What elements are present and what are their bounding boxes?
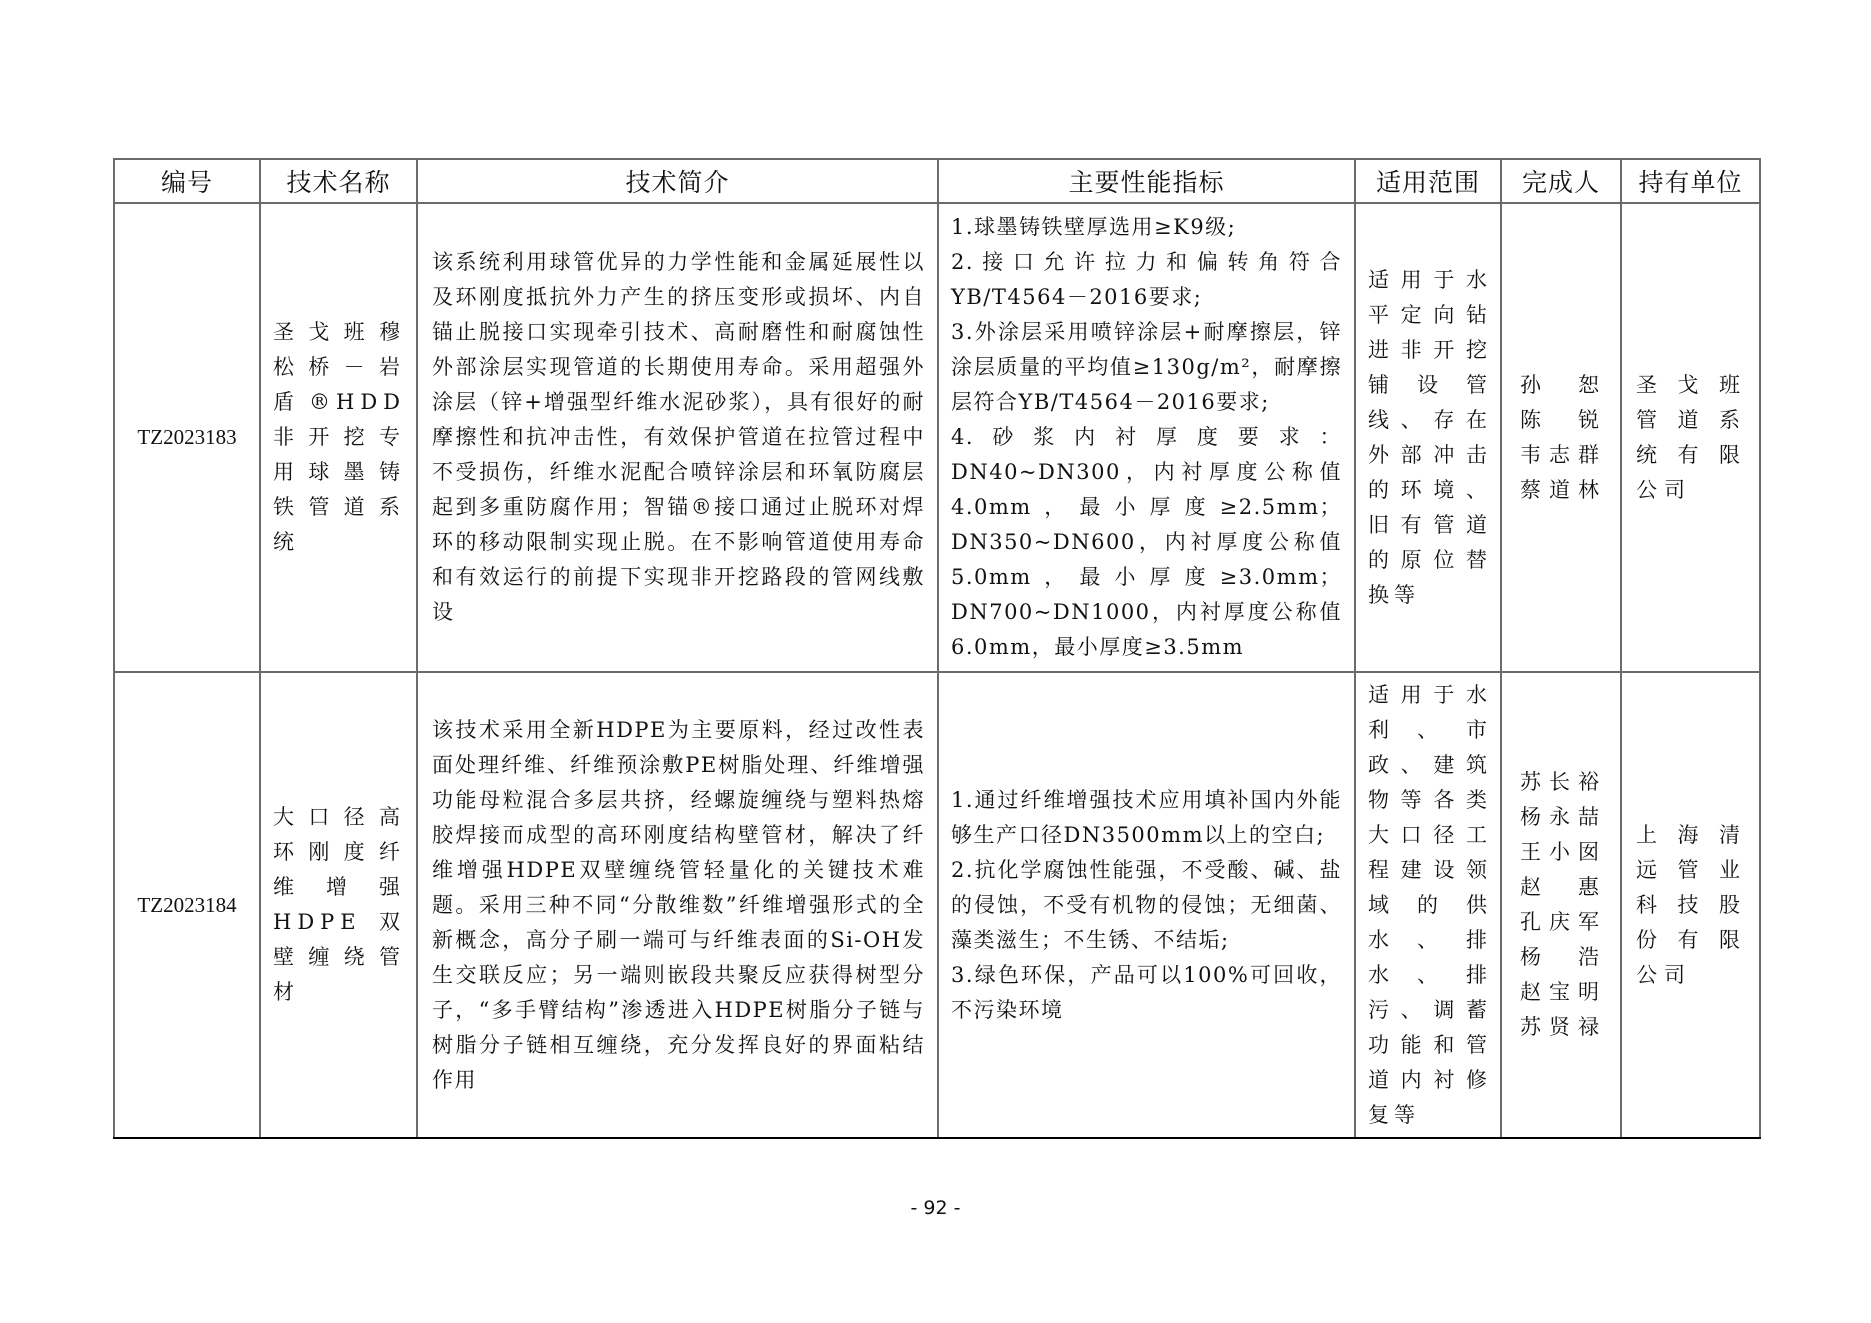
performance-list: 1.球墨铸铁壁厚选用≥K9级; 2.接口允许拉力和偏转角符合YB/T4564－2… bbox=[939, 210, 1354, 665]
header-organization: 持有单位 bbox=[1621, 159, 1760, 203]
cell-id: TZ2023183 bbox=[114, 203, 260, 672]
table-row: TZ2023183 圣戈班穆松桥－岩盾®HDD非开挖专用球墨铸铁管道系统 该系统… bbox=[114, 203, 1760, 672]
header-performance: 主要性能指标 bbox=[938, 159, 1355, 203]
cell-people: 苏长裕 杨永喆 王小囡 赵 惠 孔庆军 杨 浩 赵宝明 苏贤禄 bbox=[1501, 672, 1621, 1138]
description-text: 该系统利用球管优异的力学性能和金属延展性以及环刚度抵抗外力产生的挤压变形或损坏、… bbox=[418, 245, 937, 630]
person-name: 赵宝明 bbox=[1520, 975, 1602, 1010]
person-name: 陈 锐 bbox=[1520, 403, 1602, 438]
cell-organization: 上海清远管业科技股份有限公司 bbox=[1621, 672, 1760, 1138]
cell-people: 孙 恕 陈 锐 韦志群 蔡道林 bbox=[1501, 203, 1621, 672]
person-name: 韦志群 bbox=[1520, 438, 1602, 473]
description-text: 该技术采用全新HDPE为主要原料，经过改性表面处理纤维、纤维预涂敷PE树脂处理、… bbox=[418, 713, 937, 1098]
table-header-row: 编号 技术名称 技术简介 主要性能指标 适用范围 完成人 持有单位 bbox=[114, 159, 1760, 203]
performance-item: 2.抗化学腐蚀性能强，不受酸、碱、盐的侵蚀，不受有机物的侵蚀；无细菌、藻类滋生；… bbox=[951, 853, 1342, 958]
cell-organization: 圣戈班管道系统有限公司 bbox=[1621, 203, 1760, 672]
person-name: 孙 恕 bbox=[1520, 368, 1602, 403]
cell-tech-name: 大口径高环刚度纤维增强HDPE双壁缠绕管材 bbox=[260, 672, 417, 1138]
scope-text: 适用于水平定向钻进非开挖铺设管线、存在外部冲击的环境、旧有管道的原位替换等 bbox=[1356, 263, 1500, 613]
performance-item: 1.球墨铸铁壁厚选用≥K9级; bbox=[951, 210, 1342, 245]
organization-text: 上海清远管业科技股份有限公司 bbox=[1622, 818, 1759, 993]
performance-item: 4.砂浆内衬厚度要求：DN40~DN300，内衬厚度公称值4.0mm，最小厚度≥… bbox=[951, 420, 1342, 665]
performance-item: 3.外涂层采用喷锌涂层+耐摩擦层，锌涂层质量的平均值≥130g/m²，耐摩擦层符… bbox=[951, 315, 1342, 420]
table-row: TZ2023184 大口径高环刚度纤维增强HDPE双壁缠绕管材 该技术采用全新H… bbox=[114, 672, 1760, 1138]
tech-name-text: 大口径高环刚度纤维增强HDPE双壁缠绕管材 bbox=[261, 800, 416, 1010]
header-people: 完成人 bbox=[1501, 159, 1621, 203]
scope-text: 适用于水利、市政、建筑物等各类大口径工程建设领域的供水、排水、排污、调蓄功能和管… bbox=[1356, 678, 1500, 1133]
header-description: 技术简介 bbox=[417, 159, 938, 203]
person-name: 杨永喆 bbox=[1520, 800, 1602, 835]
cell-performance: 1.球墨铸铁壁厚选用≥K9级; 2.接口允许拉力和偏转角符合YB/T4564－2… bbox=[938, 203, 1355, 672]
tech-name-text: 圣戈班穆松桥－岩盾®HDD非开挖专用球墨铸铁管道系统 bbox=[261, 315, 416, 560]
performance-item: 1.通过纤维增强技术应用填补国内外能够生产口径DN3500mm以上的空白; bbox=[951, 783, 1342, 853]
technology-table: 编号 技术名称 技术简介 主要性能指标 适用范围 完成人 持有单位 TZ2023… bbox=[113, 158, 1761, 1139]
cell-id: TZ2023184 bbox=[114, 672, 260, 1138]
person-name: 孔庆军 bbox=[1520, 905, 1602, 940]
person-name: 蔡道林 bbox=[1520, 473, 1602, 508]
performance-item: 3.绿色环保，产品可以100%可回收，不污染环境 bbox=[951, 958, 1342, 1028]
cell-scope: 适用于水利、市政、建筑物等各类大口径工程建设领域的供水、排水、排污、调蓄功能和管… bbox=[1355, 672, 1501, 1138]
cell-description: 该技术采用全新HDPE为主要原料，经过改性表面处理纤维、纤维预涂敷PE树脂处理、… bbox=[417, 672, 938, 1138]
performance-item: 2.接口允许拉力和偏转角符合YB/T4564－2016要求; bbox=[951, 245, 1342, 315]
person-name: 杨 浩 bbox=[1520, 940, 1602, 975]
person-name: 王小囡 bbox=[1520, 835, 1602, 870]
cell-tech-name: 圣戈班穆松桥－岩盾®HDD非开挖专用球墨铸铁管道系统 bbox=[260, 203, 417, 672]
header-id: 编号 bbox=[114, 159, 260, 203]
organization-text: 圣戈班管道系统有限公司 bbox=[1622, 368, 1759, 508]
header-tech-name: 技术名称 bbox=[260, 159, 417, 203]
header-scope: 适用范围 bbox=[1355, 159, 1501, 203]
performance-list: 1.通过纤维增强技术应用填补国内外能够生产口径DN3500mm以上的空白; 2.… bbox=[939, 783, 1354, 1028]
cell-scope: 适用于水平定向钻进非开挖铺设管线、存在外部冲击的环境、旧有管道的原位替换等 bbox=[1355, 203, 1501, 672]
cell-performance: 1.通过纤维增强技术应用填补国内外能够生产口径DN3500mm以上的空白; 2.… bbox=[938, 672, 1355, 1138]
person-name: 赵 惠 bbox=[1520, 870, 1602, 905]
person-name: 苏贤禄 bbox=[1520, 1010, 1602, 1045]
document-page: 编号 技术名称 技术简介 主要性能指标 适用范围 完成人 持有单位 TZ2023… bbox=[0, 0, 1871, 1323]
cell-description: 该系统利用球管优异的力学性能和金属延展性以及环刚度抵抗外力产生的挤压变形或损坏、… bbox=[417, 203, 938, 672]
page-number: - 92 - bbox=[0, 1197, 1871, 1219]
person-name: 苏长裕 bbox=[1520, 765, 1602, 800]
